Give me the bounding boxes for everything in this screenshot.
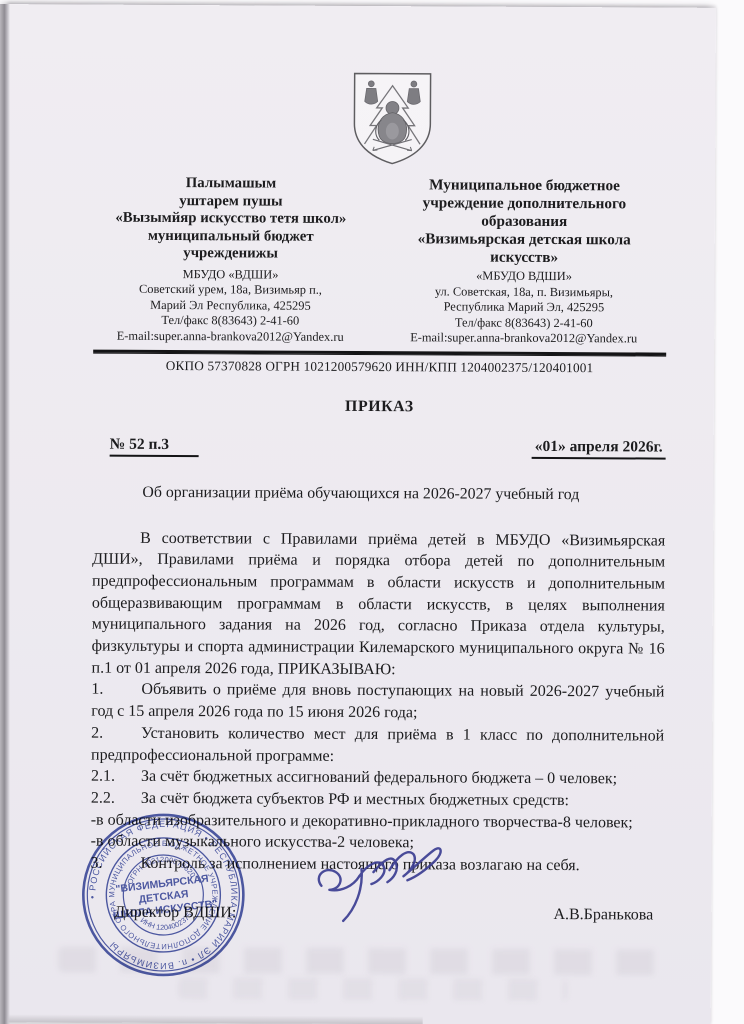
item-number: 2. (91, 722, 141, 744)
letterhead-line: учрежденижы (94, 245, 368, 264)
letterhead-divider (93, 349, 666, 356)
item-text: Установить количество мест для приёма в … (91, 725, 664, 765)
letterhead-line: искусств» (382, 248, 667, 267)
letterhead-line: «Визимьярская детская школа (382, 230, 667, 249)
letterhead-address-line: Марий Эл Республика, 425295 (93, 297, 367, 314)
signer-name: А.В.Бранькова (553, 906, 653, 925)
letterhead-address-line: Советский урем, 18а, Визимьяр п., (93, 282, 367, 299)
item-number: 1. (91, 679, 141, 701)
letterhead-line: уштарем пушы (94, 192, 368, 211)
letterhead: Палымашым уштарем пушы «Вызымйяр искусст… (93, 175, 667, 347)
letterhead-line: Палымашым (94, 175, 368, 194)
letterhead-line: муниципальный бюджет (94, 227, 368, 246)
letterhead-right-russian: Муниципальное бюджетное учреждение допол… (381, 176, 667, 347)
order-date: «01» апреля 2026г. (532, 437, 666, 459)
letterhead-address-line: «МБУДО ВДШИ» (381, 268, 666, 285)
letterhead-line: «Вызымйяр искусство тетя школ» (94, 210, 368, 229)
scan-edge-bottom (3, 1014, 423, 1024)
letterhead-email: E-mail:super.anna-brankova2012@Yandex.ru (93, 328, 367, 345)
bleed-through-artifact (178, 977, 568, 1001)
letterhead-line: образования (382, 212, 667, 231)
item-text: За счёт бюджетных ассигнований федеральн… (141, 768, 617, 787)
order-number: № 52 п.3 (110, 435, 199, 456)
order-item-1: 1.Объявить о приёме для вновь поступающи… (91, 679, 664, 725)
order-preamble: В соответствии с Правилами приёма детей … (91, 527, 665, 682)
order-title: ПРИКАЗ (93, 396, 666, 417)
document-page: Палымашым уштарем пушы «Вызымйяр искусст… (3, 4, 716, 1024)
letterhead-address-line: Тел/факс 8(83643) 2-41-60 (381, 315, 666, 332)
order-number-date-row: № 52 п.3 «01» апреля 2026г. (93, 435, 666, 459)
official-stamp: • РОССИЙСКАЯ ФЕДЕРАЦИЯ • РЕСПУБЛИКА МАРИ… (66, 797, 261, 992)
order-item-2: 2.Установить количество мест для приёма … (91, 722, 664, 768)
letterhead-address-line: ул. Советская, 18а, п. Визимьяры, (381, 284, 666, 301)
scan-edge-left (0, 4, 10, 1024)
item-number: 2.2. (91, 788, 141, 810)
letterhead-left-mari: Палымашым уштарем пушы «Вызымйяр искусст… (93, 175, 368, 346)
order-subject: Об организации приёма обучающихся на 202… (92, 483, 665, 504)
order-item-2-1: 2.1.За счёт бюджетных ассигнований федер… (91, 766, 664, 791)
letterhead-line: Муниципальное бюджетное (382, 176, 667, 195)
registry-codes: ОКПО 57370828 ОГРН 1021200579620 ИНН/КПП… (93, 357, 666, 376)
letterhead-address-line: МБУДО «ВДШИ» (94, 266, 368, 283)
item-text: Объявить о приёме для вновь поступающих … (91, 681, 664, 721)
letterhead-address-line: Республика Марий Эл, 425295 (381, 299, 666, 316)
item-number: 2.1. (91, 766, 141, 788)
letterhead-address-line: Тел/факс 8(83643) 2-41-60 (93, 313, 367, 330)
letterhead-email: E-mail:super.anna-brankova2012@Yandex.ru (381, 330, 666, 347)
letterhead-line: учреждение дополнительного (382, 194, 667, 213)
handwritten-signature (303, 824, 454, 930)
scan-background: Палымашым уштарем пушы «Вызымйяр искусст… (0, 0, 744, 1024)
